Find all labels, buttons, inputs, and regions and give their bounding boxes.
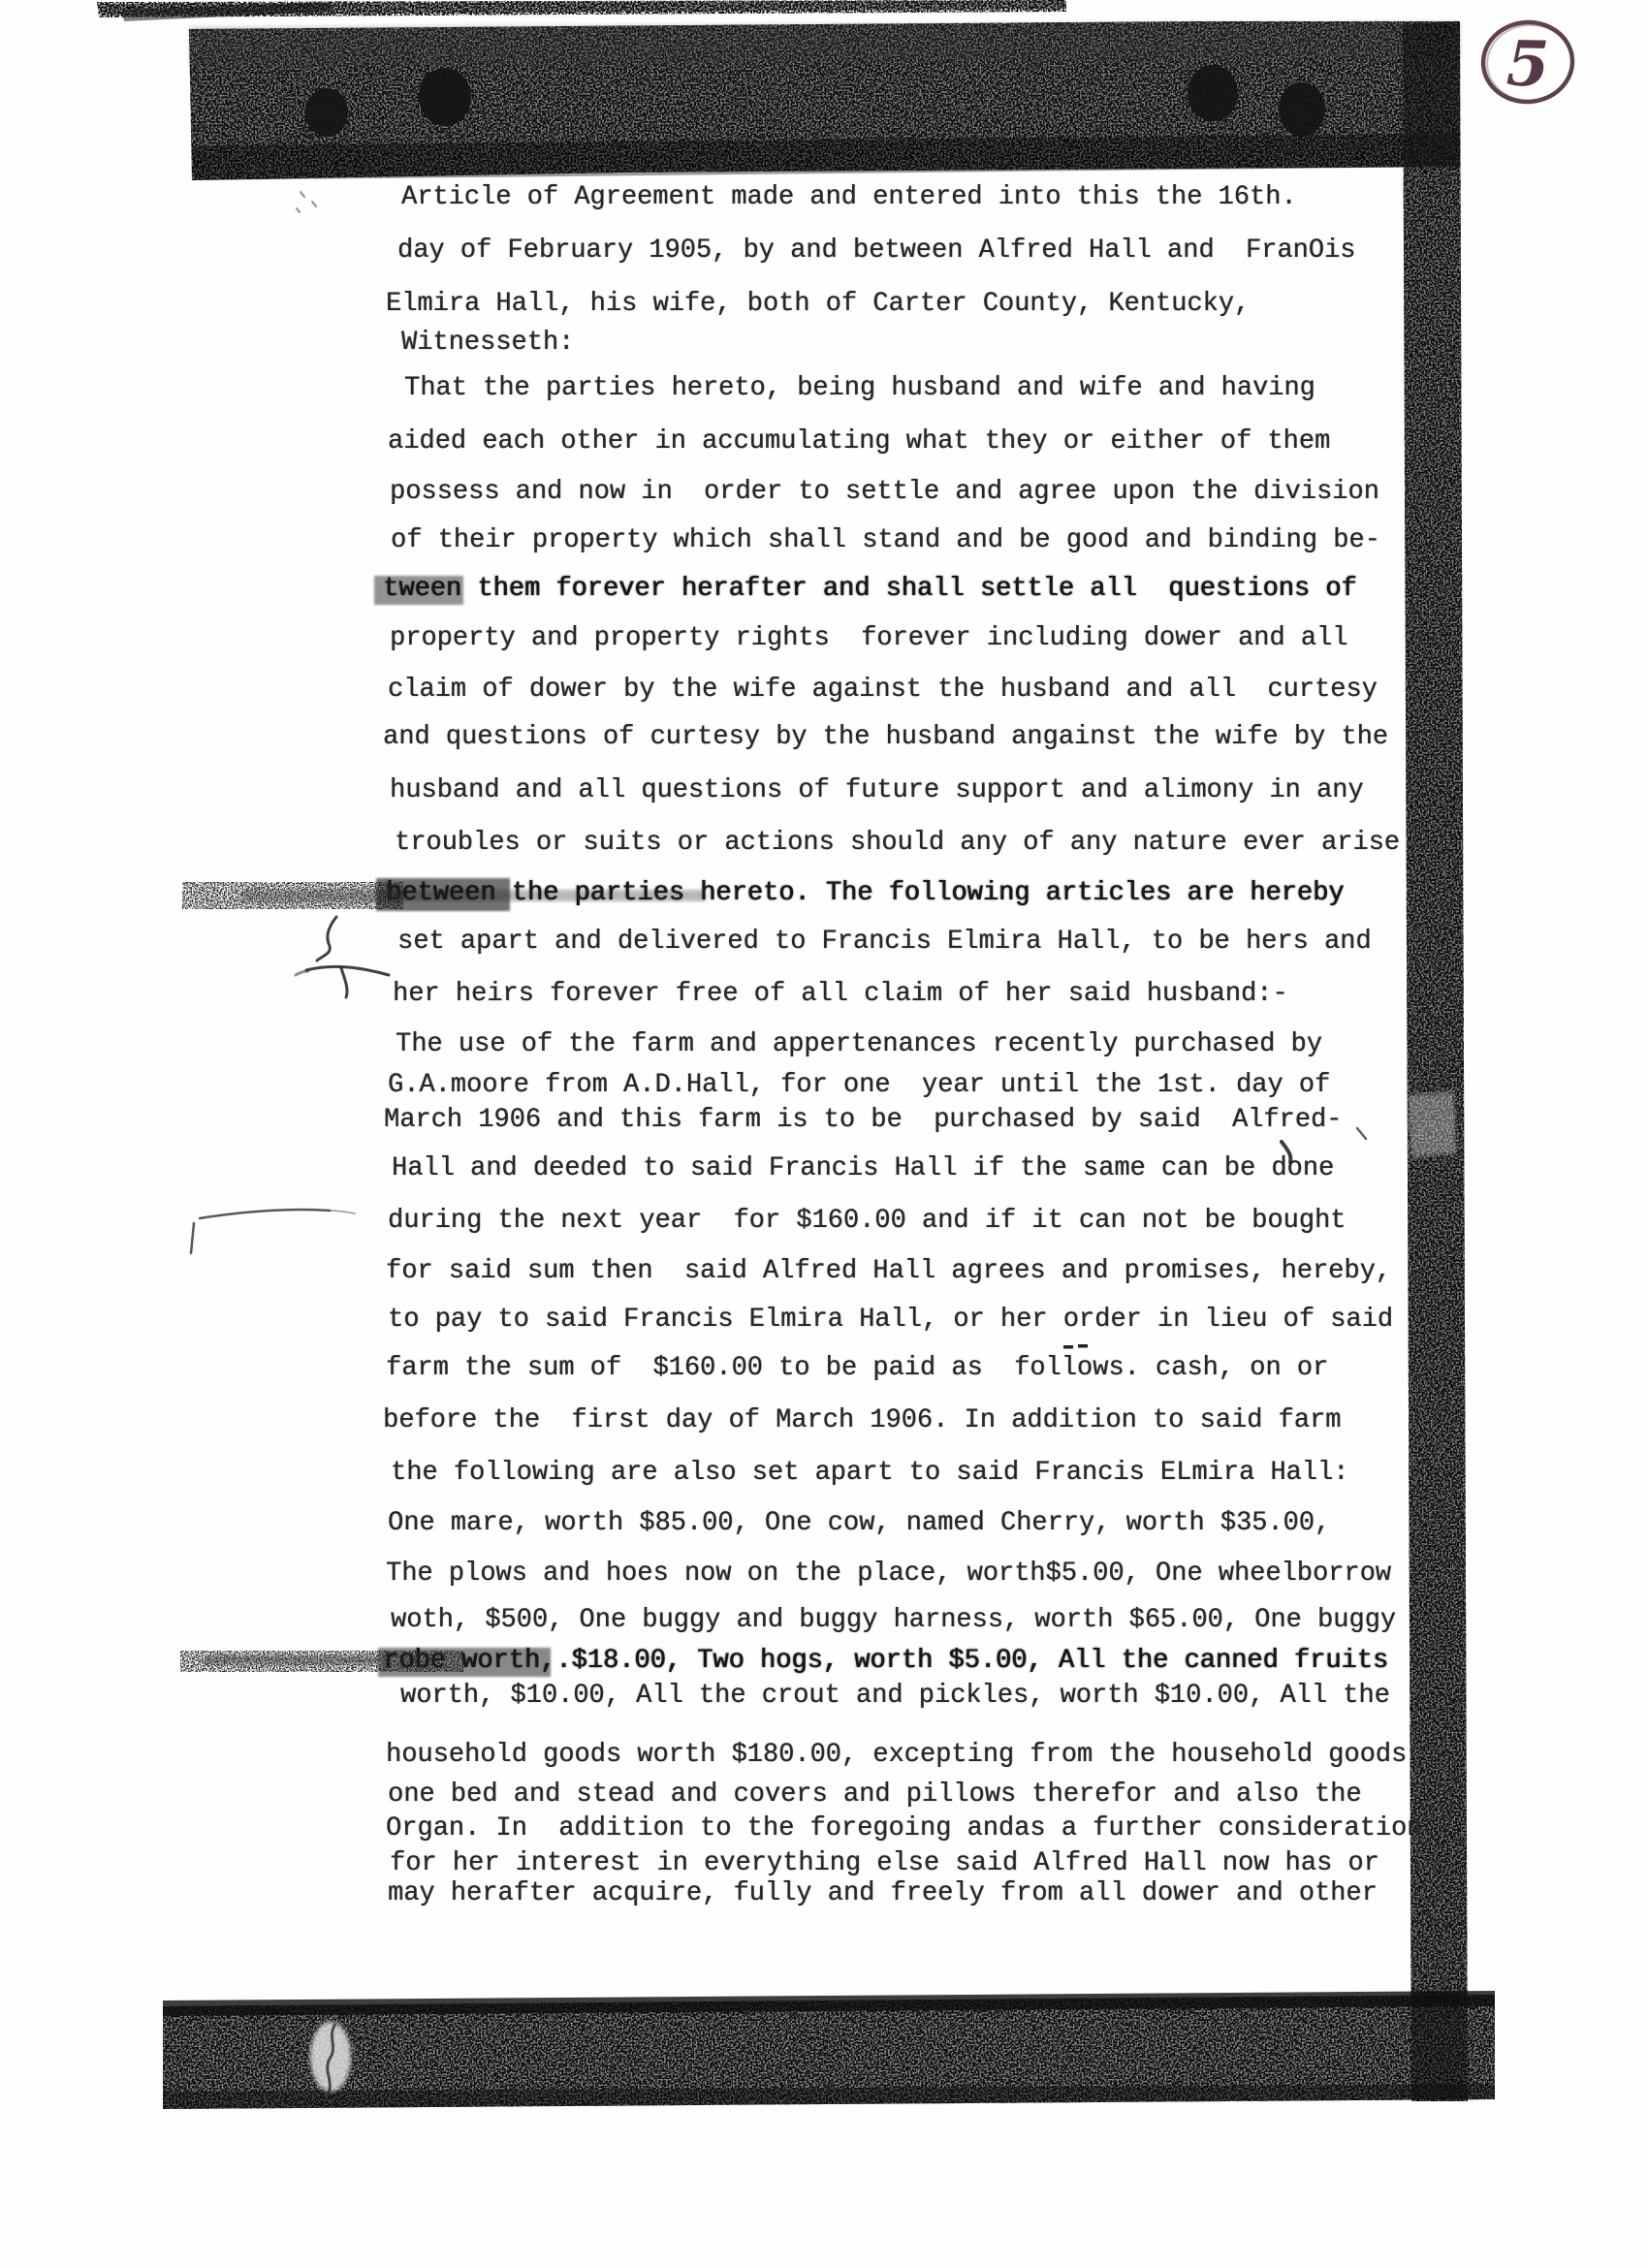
typed-line: Witnesseth:	[401, 328, 574, 358]
typed-line: may herafter acquire, fully and freely f…	[388, 1878, 1378, 1908]
typed-line: aided each other in accumulating what th…	[388, 426, 1330, 457]
scanned-document-screenshot: { "page": { "number_label": "5", "paper_…	[0, 0, 1648, 2268]
typed-line: before the first day of March 1906. In a…	[383, 1405, 1341, 1435]
typed-line: G.A.moore from A.D.Hall, for one year un…	[388, 1070, 1330, 1100]
typed-line: woth, $500, One buggy and buggy harness,…	[391, 1605, 1396, 1635]
typed-line: household goods worth $180.00, excepting…	[386, 1740, 1407, 1770]
typed-line: her heirs forever free of all claim of h…	[393, 979, 1288, 1009]
typed-line: March 1906 and this farm is to be purcha…	[384, 1105, 1342, 1135]
typed-line: during the next year for $160.00 and if …	[388, 1206, 1346, 1236]
typed-line: Elmira Hall, his wife, both of Carter Co…	[386, 289, 1250, 319]
typed-line: robe worth,.$18.00, Two hogs, worth $5.0…	[383, 1646, 1388, 1676]
typed-line: The plows and hoes now on the place, wor…	[386, 1559, 1391, 1589]
typed-line: troubles or suits or actions should any …	[395, 828, 1400, 858]
typed-line: farm the sum of $160.00 to be paid as fo…	[386, 1353, 1328, 1383]
typed-line: the following are also set apart to said…	[391, 1458, 1348, 1488]
typed-line: claim of dower by the wife against the h…	[388, 675, 1378, 705]
typed-line: That the parties hereto, being husband a…	[404, 373, 1315, 403]
typed-line: one bed and stead and covers and pillows…	[388, 1780, 1362, 1810]
typed-line: possess and now in order to settle and a…	[390, 477, 1379, 507]
typed-line: The use of the farm and appertenances re…	[396, 1029, 1322, 1059]
typed-line: day of February 1905, by and between Alf…	[397, 236, 1355, 266]
typed-line: to pay to said Francis Elmira Hall, or h…	[388, 1305, 1393, 1335]
typed-line: Article of Agreement made and entered in…	[401, 182, 1297, 212]
typed-line: property and property rights forever inc…	[390, 623, 1347, 653]
typed-text-layer: Article of Agreement made and entered in…	[0, 0, 1648, 2268]
typed-line: tween them forever herafter and shall se…	[383, 574, 1357, 604]
photocopy-page: 5 Article of Agreement made and entered …	[0, 0, 1648, 2268]
typed-line: and questions of curtesy by the husband …	[383, 722, 1388, 752]
typed-line: for her interest in everything else said…	[390, 1848, 1379, 1878]
typed-line: between the parties hereto. The followin…	[386, 878, 1344, 908]
typed-line: worth, $10.00, All the crout and pickles…	[400, 1681, 1390, 1711]
typed-line: of their property which shall stand and …	[391, 525, 1380, 555]
typed-line: Organ. In addition to the foregoing anda…	[386, 1813, 1422, 1843]
typed-line: Hall and deeded to said Francis Hall if …	[392, 1153, 1334, 1183]
typed-line: for said sum then said Alfred Hall agree…	[386, 1256, 1391, 1286]
typed-line: One mare, worth $85.00, One cow, named C…	[388, 1508, 1330, 1538]
typed-line: husband and all questions of future supp…	[390, 775, 1364, 805]
typed-line: set apart and delivered to Francis Elmir…	[397, 927, 1372, 957]
